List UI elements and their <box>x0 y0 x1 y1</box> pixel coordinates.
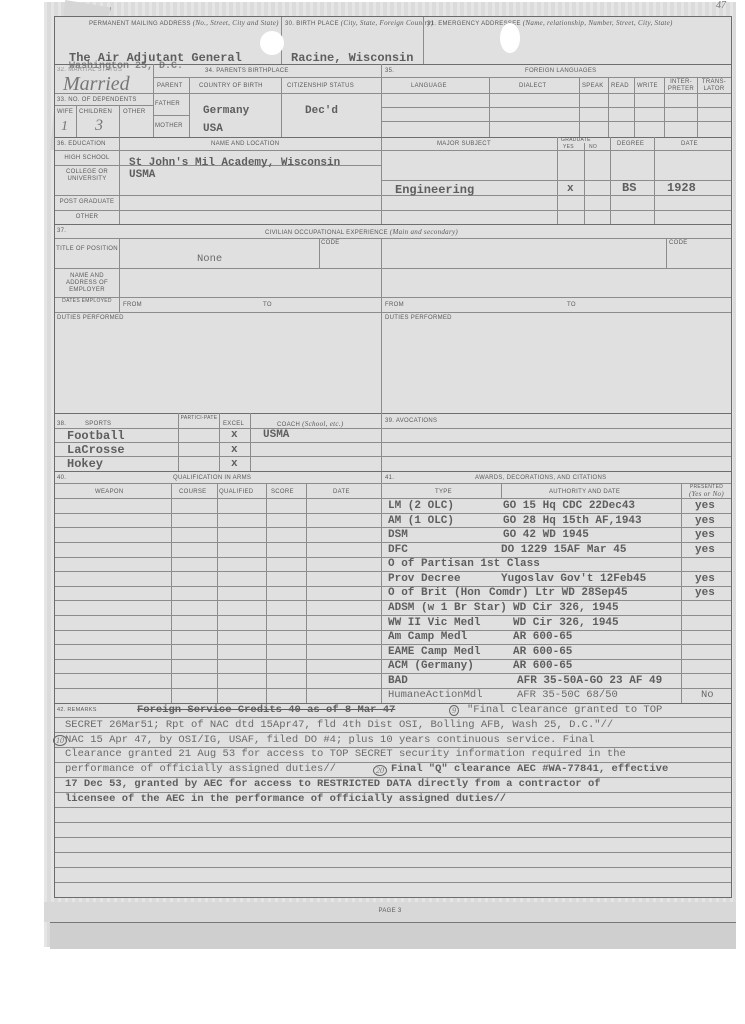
lang-col-translator: Trans-lator <box>699 79 729 93</box>
education-level-post-graduate: Post Graduate <box>55 199 119 205</box>
award-type: HumaneActionMdl <box>388 689 483 701</box>
education-level-college: College or University <box>55 169 119 183</box>
date-header: Date <box>681 141 698 147</box>
graduate-yes-header: Yes <box>563 144 574 150</box>
remarks-line-2: SECRET 26Mar51; Rpt of NAC dtd 15Apr47, … <box>65 719 613 731</box>
high-school-value: St John's Mil Academy, Wisconsin <box>129 157 340 169</box>
remarks-line-7: licensee of the AEC in the performance o… <box>65 793 506 805</box>
college-value: USMA <box>129 169 155 181</box>
awards-presented-note: (Yes or No) <box>682 490 731 498</box>
languages-number: 35. <box>385 68 394 74</box>
title-of-position-label: Title of Position <box>55 245 119 253</box>
award-authority: GO 15 Hq CDC 22Dec43 <box>503 500 635 512</box>
award-type: WW II Vic Medl <box>388 617 480 629</box>
underlying-page-edge <box>50 922 736 949</box>
award-authority: GO 28 Hq 15th AF,1943 <box>503 515 642 527</box>
parents-col-country: Country of Birth <box>199 83 263 89</box>
education-label: 36. Education <box>57 141 106 147</box>
dependents-col-other: Other <box>123 109 146 115</box>
award-presented: No <box>701 689 714 701</box>
arms-col-course: Course <box>179 489 206 495</box>
award-presented: yes <box>695 529 715 541</box>
awards-col-authority: Authority and Date <box>549 489 620 495</box>
remarks-line-1: "Final clearance granted to TOP <box>467 704 662 716</box>
sports-number: 38. <box>57 421 66 427</box>
award-type: DSM <box>388 529 408 541</box>
from-label-secondary: From <box>385 302 404 308</box>
graduate-no-header: No <box>589 144 597 150</box>
remarks-line-6: 17 Dec 53, granted by AEC for access to … <box>65 778 601 790</box>
education-level-high-school: High School <box>55 155 119 161</box>
civilian-title: Civilian Occupational Experience (Main a… <box>265 228 458 236</box>
foreign-languages-title: Foreign Languages <box>525 68 596 74</box>
emergency-addressee-label: 31. Emergency Addressee (Name, relations… <box>427 19 673 27</box>
degree-date-value: 1928 <box>667 181 696 195</box>
lang-col-speak: Speak <box>582 83 604 89</box>
award-type: BAD <box>388 675 408 687</box>
award-type: DFC <box>388 544 408 556</box>
duties-label-main: Duties Performed <box>57 315 124 321</box>
dates-employed-label: Dates Employed <box>55 298 119 304</box>
award-authority: AFR 35-50C 68/50 <box>517 689 618 701</box>
award-authority: Yugoslav Gov't 12Feb45 <box>501 573 646 585</box>
remarks-line-5a: performance of officially assigned dutie… <box>65 763 336 775</box>
father-country-value: Germany <box>203 105 249 117</box>
award-type: O of Partisan 1st Class <box>388 558 540 570</box>
employer-label: Name and Address of Employer <box>55 273 119 294</box>
sports-col-coach: Coach (School, etc.) <box>277 420 343 428</box>
award-authority: GO 42 WD 1945 <box>503 529 589 541</box>
dependents-col-children: Children <box>79 109 112 115</box>
graduate-yes-value: x <box>567 183 574 195</box>
sport-row-3-excel: x <box>231 458 238 470</box>
to-label-main: To <box>263 302 272 308</box>
mother-country-value: USA <box>203 123 223 135</box>
remarks-note-9: 9 <box>449 705 459 716</box>
parent-father-label: Father <box>155 101 180 107</box>
award-authority: WD Cir 326, 1945 <box>513 617 619 629</box>
dependents-label: 33. No. of Dependents <box>57 97 137 103</box>
award-type: ACM (Germany) <box>388 660 474 672</box>
award-type: Prov Decree <box>388 573 461 585</box>
award-presented: yes <box>695 515 715 527</box>
sport-row-1-coach: USMA <box>263 429 289 441</box>
form-sheet: Permanent Mailing Address (No., Street, … <box>54 16 732 898</box>
award-authority: AR 600-65 <box>513 660 572 672</box>
arms-title: Qualification in Arms <box>173 475 251 481</box>
parents-col-parent: Parent <box>157 83 183 89</box>
remarks-note-20: 20 <box>373 765 387 776</box>
remarks-line-5b: Final "Q" clearance AEC #WA-77841, effec… <box>391 763 668 775</box>
code-label-secondary: Code <box>669 240 688 246</box>
parents-col-citizenship: Citizenship Status <box>287 83 354 89</box>
award-authority: WD Cir 326, 1945 <box>513 602 619 614</box>
award-type: Am Camp Medl <box>388 631 467 643</box>
dependents-wife-value: 1 <box>61 119 68 135</box>
award-presented: yes <box>695 544 715 556</box>
award-type: EAME Camp Medl <box>388 646 480 658</box>
birth-place-label: 30. Birth Place (City, State, Foreign Co… <box>285 19 434 27</box>
lang-col-dialect: Dialect <box>519 83 546 89</box>
punch-hole <box>500 23 520 53</box>
remarks-label: 42. Remarks <box>57 707 97 713</box>
award-type: O of Brit (Hon <box>388 587 480 599</box>
arms-number: 40. <box>57 475 66 481</box>
mailing-address-label: Permanent Mailing Address (No., Street, … <box>89 19 279 27</box>
parent-mother-label: Mother <box>155 123 183 129</box>
award-authority: AFR 35-50A-GO 23 AF 49 <box>517 675 662 687</box>
duties-label-secondary: Duties Performed <box>385 315 452 321</box>
major-subject-value: Engineering <box>395 183 474 197</box>
page-footer: Page 3 <box>44 902 736 922</box>
dependents-col-wife: Wife <box>57 109 73 115</box>
award-authority: AR 600-65 <box>513 631 572 643</box>
major-subject-header: Major Subject <box>437 141 491 147</box>
avocations-label: 39. Avocations <box>385 418 437 424</box>
page-label: Page 3 <box>44 908 736 914</box>
education-level-other: Other <box>55 214 119 220</box>
dependents-children-value: 3 <box>95 117 103 135</box>
award-type: AM (1 OLC) <box>388 515 454 527</box>
position-value: None <box>197 253 222 265</box>
to-label-secondary: To <box>567 302 576 308</box>
award-type: ADSM (w 1 Br Star) <box>388 602 507 614</box>
civilian-number: 37. <box>57 228 66 234</box>
graduate-header: Graduate <box>561 137 591 143</box>
sports-col-participate: Partici-pate <box>179 415 219 422</box>
lang-col-read: Read <box>611 83 629 89</box>
sports-col-sport: Sports <box>85 421 111 427</box>
lang-col-language: Language <box>411 83 447 89</box>
sport-row-1-excel: x <box>231 429 238 441</box>
page-number-mark: 47 <box>716 0 726 11</box>
awards-title: Awards, Decorations, and Citations <box>475 475 606 481</box>
remarks-struck-text: Foreign Service Credits 40 as of 8 Mar 4… <box>137 704 395 716</box>
award-authority: Comdr) Ltr WD 28Sep45 <box>489 587 628 599</box>
arms-col-qualified: Qualified <box>219 489 253 495</box>
award-type: LM (2 OLC) <box>388 500 454 512</box>
sport-row-1: Football <box>67 429 125 443</box>
remarks-line-4: Clearance granted 21 Aug 53 for access t… <box>65 748 626 760</box>
sport-row-2-excel: x <box>231 444 238 456</box>
award-presented: yes <box>695 587 715 599</box>
degree-value: BS <box>622 181 636 195</box>
remarks-line-3: NAC 15 Apr 47, by OSI/IG, USAF, filed DO… <box>65 734 594 746</box>
sport-row-2: LaCrosse <box>67 443 125 457</box>
awards-number: 41. <box>385 475 394 481</box>
awards-col-type: Type <box>435 489 452 495</box>
degree-header: Degree <box>617 141 644 147</box>
father-citizenship-value: Dec'd <box>305 105 338 117</box>
award-presented: yes <box>695 573 715 585</box>
arms-col-date: Date <box>333 489 350 495</box>
parents-birthplace-label: 34. Parents Birthplace <box>205 68 289 74</box>
lang-col-interpreter: Inter-preter <box>666 79 696 93</box>
from-label-main: From <box>123 302 142 308</box>
birth-place-value: Racine, Wisconsin <box>291 51 413 65</box>
arms-col-weapon: Weapon <box>95 489 123 495</box>
award-authority: AR 600-65 <box>513 646 572 658</box>
sports-col-excel: Excel <box>223 421 244 427</box>
arms-col-score: Score <box>271 489 294 495</box>
sport-row-3: Hokey <box>67 457 103 471</box>
code-label-main: Code <box>321 240 340 246</box>
lang-col-write: Write <box>637 83 658 89</box>
education-name-header: Name and Location <box>211 141 279 147</box>
award-presented: yes <box>695 500 715 512</box>
punch-hole <box>260 31 284 55</box>
award-authority: DO 1229 15AF Mar 45 <box>501 544 626 556</box>
